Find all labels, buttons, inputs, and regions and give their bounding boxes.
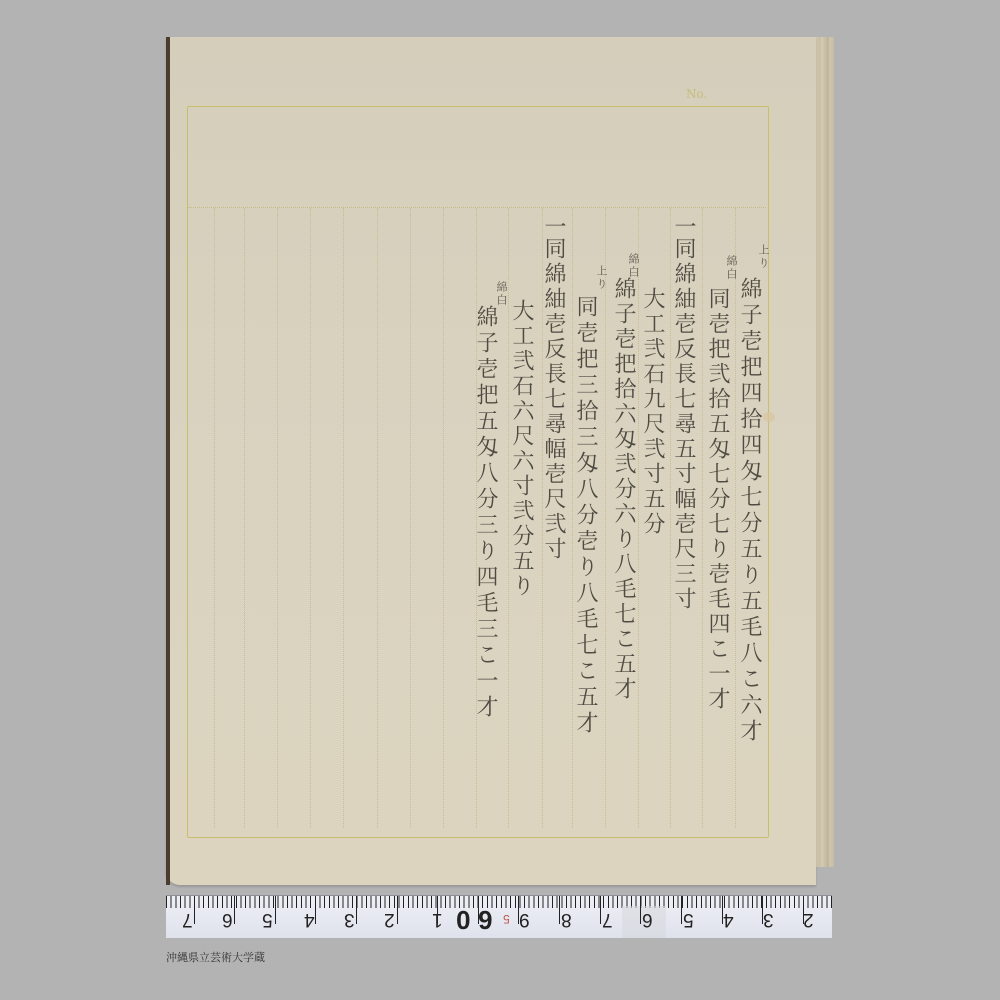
collection-caption: 沖縄県立芸術大学蔵 — [166, 949, 265, 965]
ruler-number: 4 — [304, 908, 315, 930]
ruled-line — [377, 208, 378, 828]
ruler-number: 2 — [803, 908, 814, 930]
ruled-line — [244, 208, 245, 828]
ruler-cm-tick — [194, 896, 195, 924]
notebook: No. 上り 綿白 綿子壱把四拾四匁七分五り五毛八こ六才 同壱把弐拾五匁七分七り… — [166, 37, 834, 885]
ruler-number: 0 — [456, 904, 470, 935]
list-marker: 一 — [672, 215, 694, 238]
paper-stain — [763, 412, 775, 422]
ruler-number: 6 — [222, 908, 233, 930]
manuscript-line: 大工弐石六尺六寸弐分五り — [510, 299, 532, 599]
ruler-number: 7 — [602, 908, 613, 930]
ruler-number: 7 — [182, 908, 193, 930]
page-number-label: No. — [686, 87, 707, 101]
ruler-number: 9 — [519, 908, 530, 930]
ruler-number: 2 — [384, 908, 395, 930]
ruled-line — [277, 208, 278, 828]
ruler-cm-tick — [600, 896, 601, 924]
ruler-number: 4 — [723, 908, 734, 930]
ruler-cm-tick — [681, 896, 682, 924]
manuscript-line: 綿子壱把五匁八分三り四毛三こ一才 — [474, 305, 496, 721]
ruler-number: 3 — [344, 908, 355, 930]
ruler-cm-tick — [559, 896, 560, 924]
manuscript-line: 同壱把弐拾五匁七分七り壱毛四こ一才 — [706, 287, 728, 712]
ruled-line — [214, 208, 215, 828]
annotation-side: 綿白 — [628, 253, 639, 279]
ruler-cm-tick — [356, 896, 357, 924]
binding-spine — [166, 37, 170, 885]
ruler-number: 8 — [561, 908, 572, 930]
ruled-line — [638, 208, 639, 828]
annotation-top: 上り — [758, 244, 769, 270]
annotation-side: 綿白 — [496, 281, 507, 307]
measuring-ruler: 7 6 5 4 3 2 1 0 6 5 9 8 7 6 5 4 3 2 — [166, 895, 832, 938]
ruler-cm-tick — [640, 896, 641, 924]
ruled-line — [343, 208, 344, 828]
ruled-line — [605, 208, 606, 828]
manuscript-line: 綿子壱把四拾四匁七分五り五毛八こ六才 — [738, 277, 760, 745]
ruler-number: 6 — [478, 904, 492, 935]
ruled-line — [735, 208, 736, 828]
ruler-cm-tick — [234, 896, 235, 924]
ruler-number: 1 — [432, 908, 443, 930]
ruled-line — [443, 208, 444, 828]
ruler-cm-tick — [315, 896, 316, 924]
ruler-number: 5 — [262, 908, 273, 930]
manuscript-line: 同綿紬壱反長七尋幅壱尺弐寸 — [542, 237, 564, 562]
manuscript-line: 同壱把三拾三匁八分壱り八毛七こ五才 — [574, 295, 596, 737]
ruler-number: 5 — [683, 908, 694, 930]
annotation-side: 上り — [596, 265, 607, 291]
manuscript-line: 大工弐石九尺弐寸五分 — [641, 287, 663, 537]
ruler-number: 3 — [763, 908, 774, 930]
manuscript-line: 同綿紬壱反長七尋五寸幅壱尺三寸 — [672, 237, 694, 612]
grid-top-line — [188, 207, 766, 208]
ruler-cm-tick — [275, 896, 276, 924]
header-zone — [187, 106, 767, 206]
list-marker: 一 — [542, 215, 564, 238]
manuscript-line: 綿子壱把拾六匁弐分六り八毛七こ五才 — [612, 277, 634, 702]
ruled-line — [410, 208, 411, 828]
ruled-line — [702, 208, 703, 828]
manuscript-page: No. 上り 綿白 綿子壱把四拾四匁七分五り五毛八こ六才 同壱把弐拾五匁七分七り… — [166, 37, 816, 885]
annotation-side: 綿白 — [726, 255, 737, 281]
ruler-cm-tick — [397, 896, 398, 924]
ruler-number: 6 — [642, 908, 653, 930]
ruled-line — [310, 208, 311, 828]
ruler-mm-ticks — [166, 896, 832, 908]
ruler-number: 5 — [503, 912, 510, 926]
